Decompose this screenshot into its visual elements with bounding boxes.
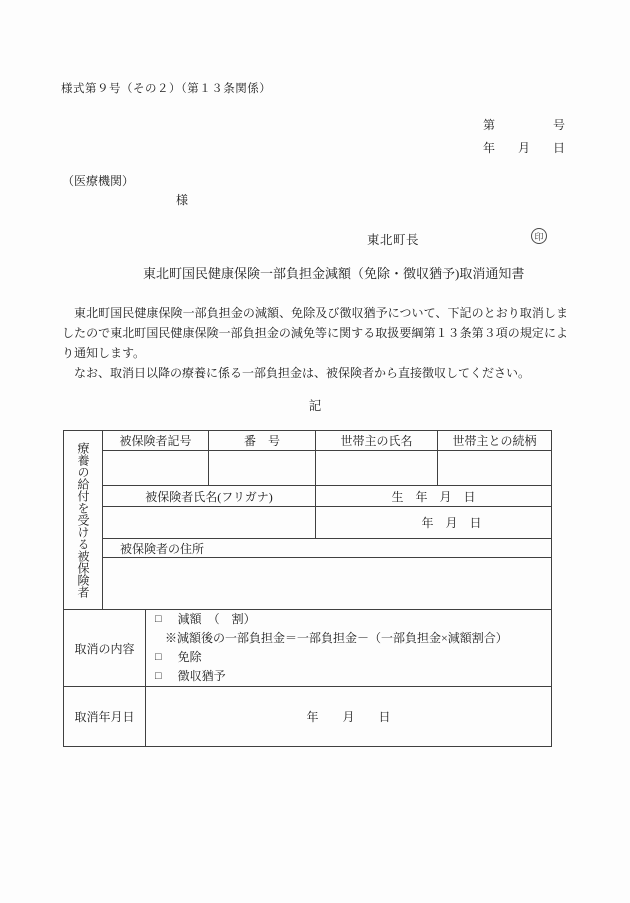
document-page: 様式第９号（その２）（第１３条関係） 第 号 年 月 日 （医療機関） 様 東北… bbox=[0, 0, 630, 903]
address-label: 被保険者の住所 bbox=[103, 539, 551, 558]
body-paragraph: なお、取消日以降の療養に係る一部負担金は、被保険者から直接徴収してください。 bbox=[62, 363, 568, 383]
doc-number-suffix: 号 bbox=[553, 116, 565, 133]
checkbox-reduction-icon: □ bbox=[155, 610, 162, 629]
details-table: 療養の給付を受ける被保険者 被保険者記号 番 号 世帯主の氏名 世帯主との続柄 … bbox=[63, 430, 552, 747]
recipient-honorific: 様 bbox=[176, 191, 188, 208]
insured-name-field bbox=[103, 507, 316, 539]
body-text: 東北町国民健康保険一部負担金の減額、免除及び徴収猶予について、下記のとおり取消し… bbox=[62, 303, 568, 383]
header-householder-name: 世帯主の氏名 bbox=[316, 431, 438, 451]
cancel-date-placeholder: 年 月 日 bbox=[306, 708, 390, 725]
reduction-note: ※減額後の一部負担金＝一部負担金－（一部負担金×減額割合） bbox=[165, 629, 551, 648]
option-exemption-row: □ 免除 bbox=[155, 648, 551, 667]
option-exemption-label: 免除 bbox=[178, 648, 202, 667]
date-month-label: 月 bbox=[518, 139, 530, 156]
cancel-date-row-label: 取消年月日 bbox=[64, 687, 146, 746]
body-paragraph: 東北町国民健康保険一部負担金の減額、免除及び徴収猶予について、下記のとおり取消し… bbox=[62, 303, 568, 363]
issue-date-line: 年 月 日 bbox=[483, 139, 565, 156]
insured-name-label: 被保険者氏名(フリガナ) bbox=[103, 486, 316, 507]
date-day-label: 日 bbox=[553, 139, 565, 156]
birth-date-label: 生 年 月 日 bbox=[316, 486, 551, 507]
doc-number-prefix: 第 bbox=[483, 116, 495, 133]
birth-date-field: 年 月 日 bbox=[316, 507, 551, 539]
option-reduction-row: □ 減額 （ 割） bbox=[155, 610, 551, 629]
header-insured-number: 番 号 bbox=[209, 431, 316, 451]
insured-number-field bbox=[209, 451, 316, 486]
option-deferment-label: 徴収猶予 bbox=[178, 667, 226, 686]
cancel-date-field: 年 月 日 bbox=[146, 687, 551, 746]
document-title: 東北町国民健康保険一部負担金減額（免除・徴収猶予)取消通知書 bbox=[143, 263, 524, 282]
header-insured-symbol: 被保険者記号 bbox=[103, 431, 209, 451]
address-field bbox=[103, 558, 551, 610]
householder-relation-field bbox=[438, 451, 551, 486]
checkbox-exemption-icon: □ bbox=[155, 648, 162, 667]
form-number: 様式第９号（その２）（第１３条関係） bbox=[61, 80, 271, 96]
checkbox-deferment-icon: □ bbox=[155, 667, 162, 686]
seal-icon: 印 bbox=[531, 228, 547, 244]
date-year-label: 年 bbox=[483, 139, 495, 156]
insured-section-label: 療養の給付を受ける被保険者 bbox=[77, 442, 89, 598]
issuer-name: 東北町長 bbox=[367, 230, 419, 248]
recipient-org: （医療機関） bbox=[62, 172, 134, 189]
insured-section-cell: 療養の給付を受ける被保険者 bbox=[64, 431, 103, 610]
record-marker: 記 bbox=[62, 396, 568, 414]
birth-date-placeholder: 年 月 日 bbox=[421, 514, 481, 531]
document-number-line: 第 号 bbox=[483, 116, 565, 133]
householder-name-field bbox=[316, 451, 438, 486]
insured-symbol-field bbox=[103, 451, 209, 486]
header-householder-relation: 世帯主との続柄 bbox=[438, 431, 551, 451]
option-deferment-row: □ 徴収猶予 bbox=[155, 667, 551, 686]
cancel-content-row-label: 取消の内容 bbox=[64, 610, 146, 687]
cancel-content-cell: □ 減額 （ 割） ※減額後の一部負担金＝一部負担金－（一部負担金×減額割合） … bbox=[146, 610, 551, 687]
option-reduction-label: 減額 （ 割） bbox=[178, 610, 256, 629]
